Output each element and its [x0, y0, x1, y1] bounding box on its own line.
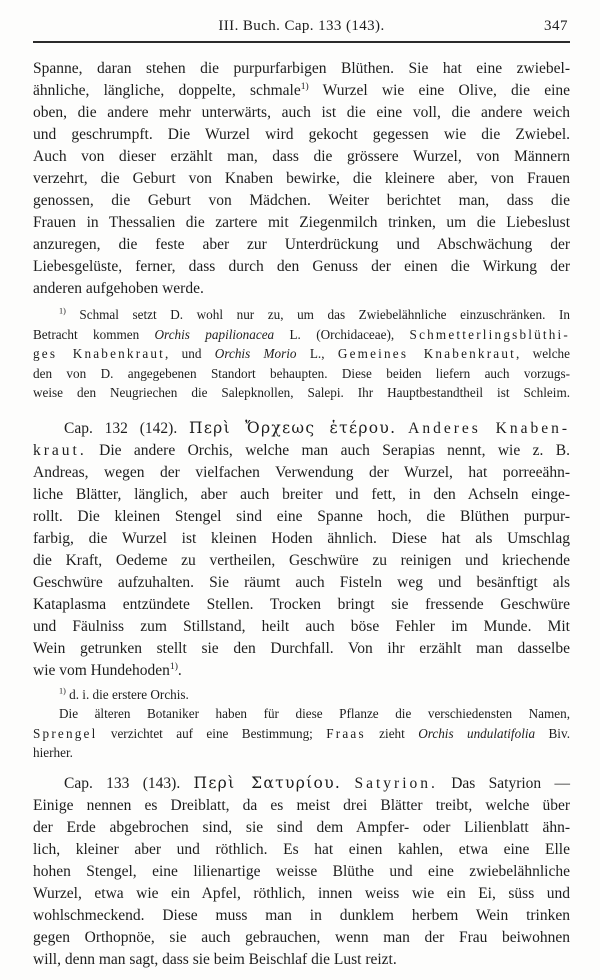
footnote-marker: 1)	[170, 660, 178, 671]
text-segment: anderen aufgehoben werde.	[33, 280, 204, 297]
page-number: 347	[544, 16, 568, 36]
text-segment: lich, kleiner aber und röthlich. Es hat …	[33, 841, 570, 858]
text-segment: ges Knabenkraut	[33, 346, 165, 361]
running-title: III. Buch. Cap. 133 (143).	[33, 16, 570, 36]
chapter-132-paragraph: Cap. 132 (142). Περὶ Ὄρχεως ἑτέρου. Ande…	[33, 417, 570, 682]
text-segment: L.,	[297, 346, 338, 361]
text-segment: Satyrion.	[354, 775, 437, 792]
text-segment: wohlschmeckend. Diese muss man in dunkle…	[33, 907, 570, 924]
text-line: anzuregen, die feste aber zur Unterdrück…	[33, 234, 570, 256]
text-segment: Die älteren Botaniker haben für diese Pf…	[59, 706, 570, 721]
text-line: den von D. angegebenen Standort behaupte…	[33, 364, 570, 384]
text-line: hierher.	[33, 743, 570, 763]
chapter-133-paragraph: Cap. 133 (143). Περὶ Σατυρίου. Satyrion.…	[33, 772, 570, 971]
text-line: ges Knabenkraut, und Orchis Morio L., Ge…	[33, 344, 570, 364]
text-segment: Wurzel wie eine Olive, die eine	[309, 82, 570, 99]
text-segment: d. i. die erstere Orchis.	[66, 687, 189, 702]
text-line: Cap. 133 (143). Περὶ Σατυρίου. Satyrion.…	[33, 772, 570, 795]
text-line: Betracht kommen Orchis papilionacea L. (…	[33, 325, 570, 345]
text-segment: anzuregen, die feste aber zur Unterdrück…	[33, 236, 570, 253]
footnote-marker: 1)	[301, 81, 309, 92]
text-block: Spanne, daran stehen die purpurfarbigen …	[33, 58, 570, 971]
text-segment: farbig, die Wurzel ist kleinen Hoden ähn…	[33, 530, 570, 547]
text-segment: Die andere Orchis, welche man auch Serap…	[87, 442, 570, 459]
text-segment: , und	[165, 346, 215, 361]
text-segment	[396, 420, 408, 437]
text-line: Liebesgelüste, ferner, dass durch den Ge…	[33, 256, 570, 278]
text-line: Andreas, wegen der vielfachen Verwendung…	[33, 462, 570, 484]
text-line: wie vom Hundehoden1).	[33, 660, 570, 682]
text-line: will, denn man sagt, dass sie beim Beisc…	[33, 949, 570, 971]
text-segment: Anderes Knaben-	[408, 420, 570, 437]
text-segment: Sprengel	[33, 726, 97, 741]
text-segment: Einige nennen es Dreiblatt, da es meist …	[33, 797, 570, 814]
text-line: oben, die andere mehr unterwärts, auch i…	[33, 102, 570, 124]
text-segment: Wein getrunken stellt sie den Durchfall.…	[33, 640, 570, 657]
text-segment: den von D. angegebenen Standort behaupte…	[33, 366, 570, 381]
text-segment: Orchis undulatifolia	[418, 726, 535, 741]
text-line: Wein getrunken stellt sie den Durchfall.…	[33, 638, 570, 660]
text-line: Frauen in Thessalien die zartere mit Zie…	[33, 212, 570, 234]
text-segment: Auch von dieser erzählt man, dass die gr…	[33, 148, 570, 165]
text-line: Die älteren Botaniker haben für diese Pf…	[33, 704, 570, 724]
text-line: Spanne, daran stehen die purpurfarbigen …	[33, 58, 570, 80]
text-segment: Wurzel, etwa wie ein Apfel, röthlich, in…	[33, 885, 570, 902]
footnote-marker: 1)	[59, 307, 66, 316]
text-line: die Kraft, Oedeme zu vertheilen, Geschwü…	[33, 550, 570, 572]
text-segment: Περὶ Ὄρχεως ἑτέρου.	[189, 419, 396, 437]
text-segment: Geschwüre aufzuhalten. Sie räumt auch Fi…	[33, 574, 570, 591]
text-segment: Kataplasma entzündete Stellen. Trocken b…	[33, 596, 570, 613]
text-segment: L. (Orchidaceae),	[274, 327, 409, 342]
text-segment: hierher.	[33, 745, 73, 760]
text-line: und geschrumpft. Die Wurzel wird gekocht…	[33, 124, 570, 146]
opening-paragraph: Spanne, daran stehen die purpurfarbigen …	[33, 58, 570, 300]
text-segment: will, denn man sagt, dass sie beim Beisc…	[33, 951, 397, 968]
text-line: 1) Schmal setzt D. wohl nur zu, um das Z…	[33, 305, 570, 325]
text-line: weise den Neugriechen die Salepknollen, …	[33, 383, 570, 403]
text-segment: Spanne, daran stehen die purpurfarbigen …	[33, 60, 570, 77]
text-line: der Erde abgebrochen sind, sie sind dem …	[33, 817, 570, 839]
text-segment: hohen Stengel, eine lilienartige weisse …	[33, 863, 570, 880]
text-line: liche Blätter, länglich, aber auch breit…	[33, 484, 570, 506]
text-line: Wurzel, etwa wie ein Apfel, röthlich, in…	[33, 883, 570, 905]
text-segment: Frauen in Thessalien die zartere mit Zie…	[33, 214, 570, 231]
text-line: Geschwüre aufzuhalten. Sie räumt auch Fi…	[33, 572, 570, 594]
text-segment: gegen Orthopnöe, sie auch gebrauchen, we…	[33, 929, 570, 946]
text-segment: genossen, die Geburt von Mädchen. Weiter…	[33, 192, 570, 209]
text-segment: Περὶ Σατυρίου.	[194, 774, 342, 792]
text-line: wohlschmeckend. Diese muss man in dunkle…	[33, 905, 570, 927]
text-segment: Fraas	[326, 726, 366, 741]
text-segment: zieht	[366, 726, 418, 741]
text-line: lich, kleiner aber und röthlich. Es hat …	[33, 839, 570, 861]
text-segment: der Erde abgebrochen sind, sie sind dem …	[33, 819, 570, 836]
text-segment: .	[178, 662, 182, 679]
text-segment: Das Satyrion —	[438, 775, 570, 792]
text-segment: Gemeines Knabenkraut	[338, 346, 516, 361]
text-segment: Schmetterlingsblüthi-	[410, 327, 570, 342]
text-segment: rollt. Die kleinen Stengel sind eine Spa…	[33, 508, 570, 525]
text-line: Einige nennen es Dreiblatt, da es meist …	[33, 795, 570, 817]
text-line: gegen Orthopnöe, sie auch gebrauchen, we…	[33, 927, 570, 949]
text-line: hohen Stengel, eine lilienartige weisse …	[33, 861, 570, 883]
text-segment: die Kraft, Oedeme zu vertheilen, Geschwü…	[33, 552, 570, 569]
text-segment: und geschrumpft. Die Wurzel wird gekocht…	[33, 126, 570, 143]
page-header: III. Buch. Cap. 133 (143). 347	[33, 16, 570, 36]
text-line: farbig, die Wurzel ist kleinen Hoden ähn…	[33, 528, 570, 550]
text-line: rollt. Die kleinen Stengel sind eine Spa…	[33, 506, 570, 528]
text-segment	[341, 775, 354, 792]
text-segment: Schmal setzt D. wohl nur zu, um das Zwie…	[66, 307, 570, 322]
text-segment: Liebesgelüste, ferner, dass durch den Ge…	[33, 258, 570, 275]
text-segment: ähnliche, längliche, doppelte, schmale	[33, 82, 301, 99]
text-segment: verzehrt, die Geburt von Knaben bewirke,…	[33, 170, 570, 187]
text-segment: Biv.	[535, 726, 570, 741]
header-rule	[33, 41, 570, 43]
text-segment: Cap. 133 (143).	[64, 775, 194, 792]
text-segment: wie vom Hundehoden	[33, 662, 170, 679]
book-page: III. Buch. Cap. 133 (143). 347 Spanne, d…	[0, 0, 600, 980]
text-line: ähnliche, längliche, doppelte, schmale1)…	[33, 80, 570, 102]
text-line: und Fäulniss zum Stillstand, heilt auch …	[33, 616, 570, 638]
text-line: 1) d. i. die erstere Orchis.	[33, 685, 570, 705]
text-segment: Betracht kommen	[33, 327, 155, 342]
text-line: Kataplasma entzündete Stellen. Trocken b…	[33, 594, 570, 616]
footnote-1: 1) Schmal setzt D. wohl nur zu, um das Z…	[33, 305, 570, 403]
text-segment: weise den Neugriechen die Salepknollen, …	[33, 385, 570, 400]
text-line: Cap. 132 (142). Περὶ Ὄρχεως ἑτέρου. Ande…	[33, 417, 570, 440]
text-line: Sprengel verzichtet auf eine Bestimmung;…	[33, 724, 570, 744]
footnote-marker: 1)	[59, 686, 66, 695]
text-segment: liche Blätter, länglich, aber auch breit…	[33, 486, 570, 503]
text-segment: Cap. 132 (142).	[64, 420, 189, 437]
text-line: genossen, die Geburt von Mädchen. Weiter…	[33, 190, 570, 212]
text-line: Auch von dieser erzählt man, dass die gr…	[33, 146, 570, 168]
text-segment: Orchis papilionacea	[155, 327, 275, 342]
text-segment: oben, die andere mehr unterwärts, auch i…	[33, 104, 570, 121]
footnote-2: 1) d. i. die erstere Orchis.Die älteren …	[33, 685, 570, 763]
text-segment: Andreas, wegen der vielfachen Verwendung…	[33, 464, 570, 481]
text-line: anderen aufgehoben werde.	[33, 278, 570, 300]
text-line: verzehrt, die Geburt von Knaben bewirke,…	[33, 168, 570, 190]
text-segment: kraut.	[33, 442, 87, 459]
text-segment: , welche	[516, 346, 570, 361]
text-segment: Orchis Morio	[215, 346, 297, 361]
text-segment: verzichtet auf eine Bestimmung;	[97, 726, 326, 741]
text-line: kraut. Die andere Orchis, welche man auc…	[33, 440, 570, 462]
text-segment: und Fäulniss zum Stillstand, heilt auch …	[33, 618, 570, 635]
